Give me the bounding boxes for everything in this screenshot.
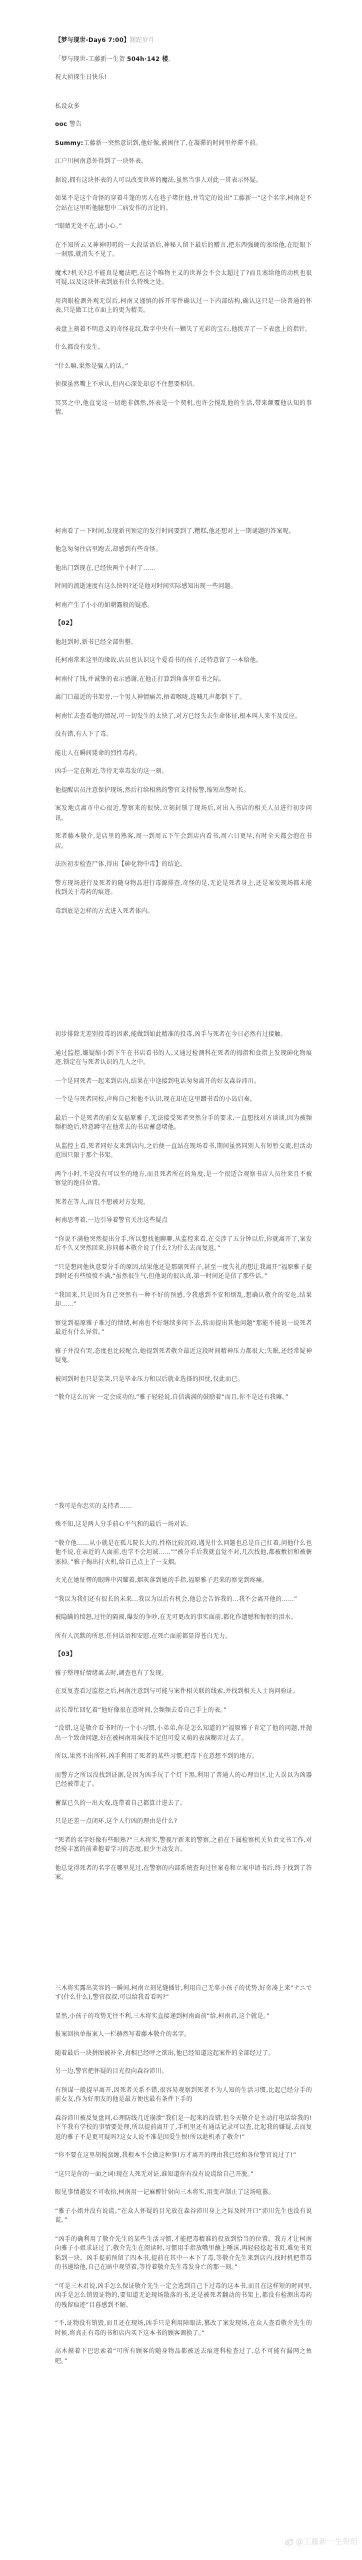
- paragraph: 冥冥之中,他直觉这一切绝非偶然,怀表是一个契机,也许会搅乱他的生活,带来颠覆他认…: [55, 399, 312, 418]
- watermark-text: @工藤新一生贺组: [296, 2536, 358, 2547]
- paragraph: 雅子整理好情绪离去时,调查也有了发现。: [55, 1669, 312, 1679]
- paragraph: 死者在等人,而且不想被对方发现。: [55, 1198, 312, 1208]
- paragraph: 如果不是这个奇怪的穿着斗篷的男人在巷子堵住他,并笃定的说出“工藤新一”这个名字,…: [55, 194, 312, 213]
- paragraph: 察觉到福原雅子难过的情绪,柯南也不好继续多问下去,转而提出其他问题“那能不能说一…: [55, 1319, 312, 1338]
- paragraph: 离门口最近的书架旁,一个男人神情痛苦,捂着喉咙,连喊几声都倒下了。: [55, 693, 312, 703]
- paragraph: 一个是同死者一起来到店内,结果在中途接到电话匆匆离开的好友森谷沛川。: [55, 1077, 312, 1087]
- paragraph: 「梦与现世-工藤新一生贺 504h·142 楼。: [55, 55, 312, 65]
- paragraph: 报案回执单报案人一栏赫然写着藤本敬介的名字。: [55, 2030, 312, 2040]
- paragraph: 初步排除无差别投毒的因素,能做到如此精准的投毒,凶手与死者在今日必然有过接触。: [55, 1030, 312, 1040]
- paragraph: 从监控上看,死者同好友来到店内,之后便一直站在现场看书,期间虽然同别人有短暂交流…: [55, 1142, 312, 1161]
- paragraph: 有预谋一般提早离开,因死者关系不错,很容易观察到死者不为人知的生活习惯,比起已经…: [55, 2086, 312, 2105]
- paragraph: 显然,小孩子的攻势无往不利,三木将实直接递到柯南面前“给,柯南君,这个就是。”: [55, 2012, 312, 2022]
- spacer: [55, 1412, 312, 1502]
- paragraph: “只是想问他执意要分手的原因,结果他还是那副死样子,甚至一度失礼的想让我离开”福…: [55, 1263, 312, 1282]
- paragraph: 高木摸着下巴思索着“可所有顾客的随身物品都被送去痕迹科检查过了,总不可能有漏网之…: [55, 2347, 312, 2366]
- paragraph: 最后一个是死者的前女友福原雅子,无法接受死者突然分手的要求,一直想找对方谈谈,因…: [55, 1114, 312, 1133]
- paragraph: 雅子并没有哭,态度也比较配合,她提到死者敬介最近这段时间精神压力都很大;失眠,还…: [55, 1347, 312, 1366]
- paragraph: 而警方之所以没找到证据,是因为凶手玩了个灯下黑,利用了普通人的心理盲区,让人误以…: [55, 1771, 312, 1790]
- paragraph: 被问到时也只是笑笑,只是毕业压力和以后就业选择的担忧,仅此而已。: [55, 1375, 312, 1385]
- text-run: 工藤新一突然意识到,他好像,被困住了,在凝滞的时间里停滞不前。: [83, 140, 261, 147]
- paragraph: “我以为我们还有很长的未来...我以为以后有机会,他总会告诉我的...我不会离开…: [55, 1595, 312, 1605]
- paragraph: 案发地点离市中心很近,警察来的很快,立刻封锁了现场后,对出入书店的相关人员进行初…: [55, 804, 312, 823]
- paragraph: 三木将实露出笑容的一瞬间,柯南立刻见缝插针,利用自己无辜小孩子的优势,好奇凑上来…: [55, 1984, 312, 2003]
- paragraph: “敬介这么厉害 一定会成功的,”雅子轻轻说,自信满满的鼓励着“而且,你不是还有我…: [55, 1393, 312, 1403]
- paragraph: 据说,拥有这块怀表的人可以改变世界的魔法,虽然当事人对此一贯表示怀疑。: [55, 176, 312, 186]
- paragraph: 一个是与死者同校,声称自己和他不认识,现在却在这里蹭书看的小岛启奏。: [55, 1095, 312, 1105]
- spacer: [55, 92, 312, 102]
- watermark: @工藤新一生贺组: [285, 2536, 358, 2547]
- paragraph: 什么都没有发生。: [55, 343, 312, 353]
- paragraph: 另一边,警官把怀疑的目光投向森谷沛川。: [55, 2067, 312, 2077]
- paragraph: 毒到底是怎样的方式进入死者体内。: [55, 907, 312, 917]
- paragraph: ooc 警告: [55, 120, 312, 130]
- paragraph: Summy:工藤新一突然意识到,他好像,被困住了,在凝滞的时间里停滞不前。: [55, 139, 312, 149]
- spacer: [55, 427, 312, 527]
- paragraph: 所有人沉默的所思,任何话语和安慰,在死亡面前都显得苍白无力。: [55, 1632, 312, 1642]
- paragraph: 在不知所云又神神叨叨的一大段话语后,神秘人留下最后的赠言,把东西强硬的塞给他,在…: [55, 241, 312, 260]
- document-body: 【梦与现世-Day6 7:00】蹉跎岁月「梦与现世-工藤新一生贺 504h·14…: [0, 0, 362, 2366]
- paragraph: 凶手一定在附近,等待无辜毒发的这一刻。: [55, 767, 312, 777]
- paragraph: 没有错,有人下了毒。: [55, 730, 312, 740]
- text-run: 警告: [70, 121, 82, 128]
- paragraph: 通过监控,嫌疑缩小到下午在书店看书的人,又通过检测科在死者的拇指和食指上发现砷化…: [55, 1049, 312, 1068]
- paragraph: 在反复查看过监控之后,柯南注意到与可能与案件相关联的线索,并找到相关人士询问验证…: [55, 1687, 312, 1697]
- paragraph: 法医初步检查尸体,得出【砷化物中毒】的结论。: [55, 860, 312, 870]
- paragraph: “敬介他……从小就是在孤儿院长大的,性格比较沉闷,遇见什么问题也总是自己扛着,问…: [55, 1539, 312, 1568]
- paragraph: 殊不知,这是两人分手前心平气和的最后一场对话。: [55, 1520, 312, 1530]
- paragraph: 柯南产生了小小的如朝露般的疑惑。: [55, 601, 312, 611]
- paragraph: 他总觉得死者的名字在哪里见过,在警察的内部系统查询过往案卷和立案申请书后,终于找…: [55, 1864, 312, 1883]
- paragraph: “这只是你的一面之词!现在人死无对证,谁知道你有没有说谎给自己开脱。”: [55, 2170, 312, 2180]
- weibo-logo-icon: [285, 2538, 294, 2546]
- section-heading: 【02】: [55, 619, 312, 629]
- document-page: 【梦与现世-Day6 7:00】蹉跎岁月「梦与现世-工藤新一生贺 504h·14…: [0, 0, 362, 2560]
- paragraph: “凶手的确利用了敬介先生的某些生活习惯,才能把毒精准的投放到恰当的位置。我方才让…: [55, 2235, 312, 2273]
- paragraph: 柯南忙去查看他的情况,可一切发生的太快了,对方已经失去生命体征,根本叫人来不及反…: [55, 712, 312, 722]
- paragraph: 时间的流逝速度有这么快吗?还是他对时间实际感知出现一些问题。: [55, 582, 312, 592]
- paragraph: 魔术?机关?总不能真是魔法吧,在这个唯物主义的世界会不会太超过了?而且塞给他的动…: [55, 269, 312, 288]
- paragraph: 侦探虽然嘴上不承认,但内心深处却忍不住想要相信。: [55, 380, 312, 390]
- paragraph: 表盘上刻着不明意义的奇怪花纹,数字中央有一颗失了光彩的宝石,他拨弄了一下表盘上的…: [55, 325, 312, 335]
- paragraph: “可是三木君说,凶手怎么保证敬介先生一定会选到自己下过毒的这本书,而且在这样短的…: [55, 2282, 312, 2311]
- paragraph: 祝大侦探生日快乐!: [55, 73, 312, 83]
- paragraph: 能让人在瞬间毙命的烈性毒药。: [55, 749, 312, 759]
- paragraph: “眼睛无处不在,请小心。”: [55, 222, 312, 232]
- paragraph: 被隐瞒的愤怒,过往的隔阂,爆发的争吵,在无可更改的事实面前,都化作遗憾和悔恨的泪…: [55, 1613, 312, 1623]
- paragraph: 柯南看了一下时间,发现新刊预定的发行时间要到了,糟糕,他还想对上一期谜题的答案呢…: [55, 527, 312, 537]
- paragraph: 两个小时,不是没有可以坐的地方,而且死者所在的角度,是一个很适合观察书店人员往来…: [55, 1170, 312, 1189]
- text-run: Summy:: [55, 140, 83, 147]
- paragraph: “你不要在这里胡搅蛮缠,我根本不会做这种事!方才离开的理由我已经和各位警官说过了…: [55, 2151, 312, 2161]
- paragraph: 森谷沛川被反复盘问,心理防线几近崩溃“我们是一起来的没错,但今天敬介是主动打电话…: [55, 2114, 312, 2143]
- text-run: 「梦与现世-工藤新一生贺: [55, 56, 127, 63]
- spacer: [55, 925, 312, 1030]
- paragraph: 他赶到时,新书已经全部售罄。: [55, 638, 312, 648]
- paragraph: 警方现场进行及死者的随身物品进行毒源排查,奇怪的是,无论是死者身上,还是案发现场…: [55, 879, 312, 898]
- paragraph: 柯南思考着,一边引导着警官关注这些疑点: [55, 1216, 312, 1226]
- paragraph: 私设众多: [55, 102, 312, 112]
- paragraph: “不,证物没有销毁,而且还在现场,凶手只是利用障眼法,篡改了案发现场,在众人查看…: [55, 2319, 312, 2338]
- paragraph: “雅子小姐并没有说谎。”在众人怀疑的目光放在森谷沛川身上之际及时开口“沛川先生也…: [55, 2207, 312, 2226]
- paragraph: 眼见事情越发不可收拾,柯南用一记麻醉针射向三木将实,用变声制止了这场喧嚣。: [55, 2188, 312, 2198]
- paragraph: “死者的名字好像有些眼熟?”三木将实,警视厅新来的警察,之前在下属检察机关负责文…: [55, 1836, 312, 1855]
- paragraph: 随着最后一块拼图被补全,真相已经呼之欲出,他已经知道这起案件的全部经过了。: [55, 2049, 312, 2059]
- paragraph: 他出门到现在,已经快两个小时了……: [55, 564, 312, 574]
- paragraph: “你说不满他突然提出分手,所以想找他聊聊,从监控来看,在交涉了五分钟以后,你就离…: [55, 1235, 312, 1254]
- paragraph: “我回来,只是因为自己突然有一种不好的预感,令我感到不安和烦乱,想确认敬介的安危…: [55, 1291, 312, 1310]
- text-run: 蹉跎岁月: [130, 37, 155, 44]
- text-run: 。: [168, 56, 174, 63]
- paragraph: “没错,这是敬介看书时的一个小习惯,小弟弟,你是怎么知道的?”福原雅子肯定了他的…: [55, 1724, 312, 1743]
- paragraph: 所以,果然不出所料,凶手利用了死者的某些习惯,把毒下在意想不到的地方。: [55, 1752, 312, 1762]
- section-heading: 【03】: [55, 1650, 312, 1660]
- paragraph: 死者藤本敬介,是店里的熟客,周一到周五下午会到店内看书,周六日更早,有时全天都会…: [55, 832, 312, 851]
- paragraph: 店长帮忙回忆着“他好像很在意时间,会频频去看自己手上的表。”: [55, 1706, 312, 1716]
- paragraph: 托柯南常来这里的缘故,店员也认识这个爱看书的孩子,还特意留了一本给他。: [55, 656, 312, 666]
- paragraph: “什么嘛,果然是骗人的话。”: [55, 362, 312, 372]
- paragraph: 用肉眼检测外观无误后,柯南又谨慎的拆开零件确认过一下内部结构,确认这只是一块普通…: [55, 297, 312, 316]
- paragraph: 他提醒店员注意保护现场,然后打给相熟的警官支持报警,缩短出警时长。: [55, 786, 312, 796]
- paragraph: 火光在她怔愣的眼眸中闪耀着,烟灰落到她的手指,福原雅子迟来的察觉到疼痛。: [55, 1576, 312, 1586]
- spacer: [55, 1892, 312, 1984]
- paragraph: 蓄谋已久的一出大戏,连带着自己都算计进去了。: [55, 1799, 312, 1809]
- text-run: 【梦与现世-Day6 7:00】: [55, 37, 130, 44]
- paragraph: “我可是你忠实的支持者……: [55, 1502, 312, 1512]
- text-run: ooc: [55, 121, 70, 128]
- paragraph: 他急匆匆往店里跑去,却感到有些奇怪。: [55, 545, 312, 555]
- paragraph: 柯南付了钱,并诚挚的表示感谢,在他正打算到角落里看书之际。: [55, 675, 312, 685]
- paragraph: 【梦与现世-Day6 7:00】蹉跎岁月: [55, 36, 312, 46]
- text-run: 504h·142 楼: [127, 56, 168, 63]
- paragraph: 江户川柯南意外得到了一块怀表。: [55, 157, 312, 167]
- paragraph: 只是还差一点闭环,这个人行凶的理由是什么?: [55, 1817, 312, 1827]
